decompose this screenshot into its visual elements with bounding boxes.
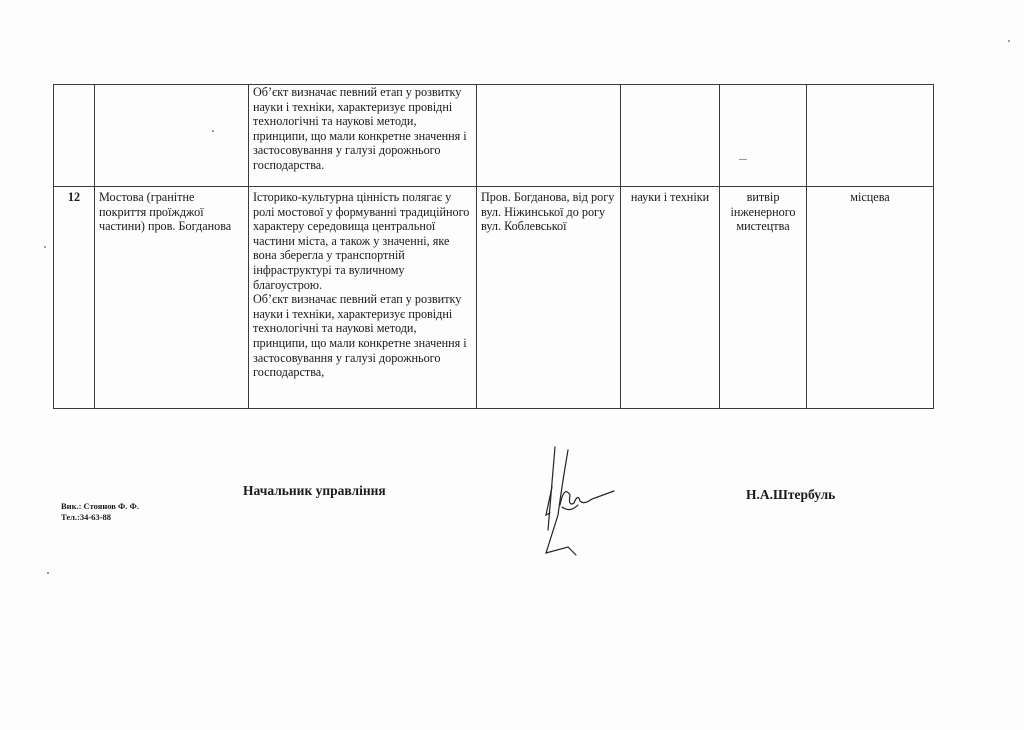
scan-speck [44, 246, 46, 248]
position-title: Начальник управління [243, 483, 386, 499]
scan-speck [739, 159, 747, 160]
object-location [477, 85, 621, 187]
signer-name: Н.А.Штербуль [746, 487, 835, 503]
object-subtype [720, 85, 807, 187]
phone-label: Тел.:34-63-88 [61, 512, 139, 523]
description-paragraph: Об’єкт визначає певний етап у розвитку н… [253, 85, 472, 173]
row-number: 12 [54, 187, 95, 409]
object-name [95, 85, 249, 187]
description-paragraph: Об’єкт визначає певний етап у розвитку н… [253, 292, 472, 380]
scan-speck [47, 572, 49, 574]
heritage-objects-table: Об’єкт визначає певний етап у розвитку н… [53, 84, 934, 409]
table-row: Об’єкт визначає певний етап у розвитку н… [54, 85, 934, 187]
table-row: 12 Мостова (гранітне покриття проїжджої … [54, 187, 934, 409]
object-category [807, 85, 934, 187]
object-type [621, 85, 720, 187]
signature-icon [540, 445, 620, 560]
row-number [54, 85, 95, 187]
object-category: місцева [807, 187, 934, 409]
object-description: Об’єкт визначає певний етап у розвитку н… [249, 85, 477, 187]
object-location: Пров. Богданова, від рогу вул. Ніжинсько… [477, 187, 621, 409]
scan-speck [1008, 40, 1010, 42]
executor-info: Вик.: Стоянов Ф. Ф. Тел.:34-63-88 [61, 501, 139, 523]
executor-label: Вик.: Стоянов Ф. Ф. [61, 501, 139, 512]
object-name: Мостова (гранітне покриття проїжджої час… [95, 187, 249, 409]
scan-speck [212, 130, 214, 132]
object-description: Історико-культурна цінність полягає у ро… [249, 187, 477, 409]
object-subtype: витвір інженерного мистецтва [720, 187, 807, 409]
description-paragraph: Історико-культурна цінність полягає у ро… [253, 190, 472, 292]
object-type: науки і техніки [621, 187, 720, 409]
